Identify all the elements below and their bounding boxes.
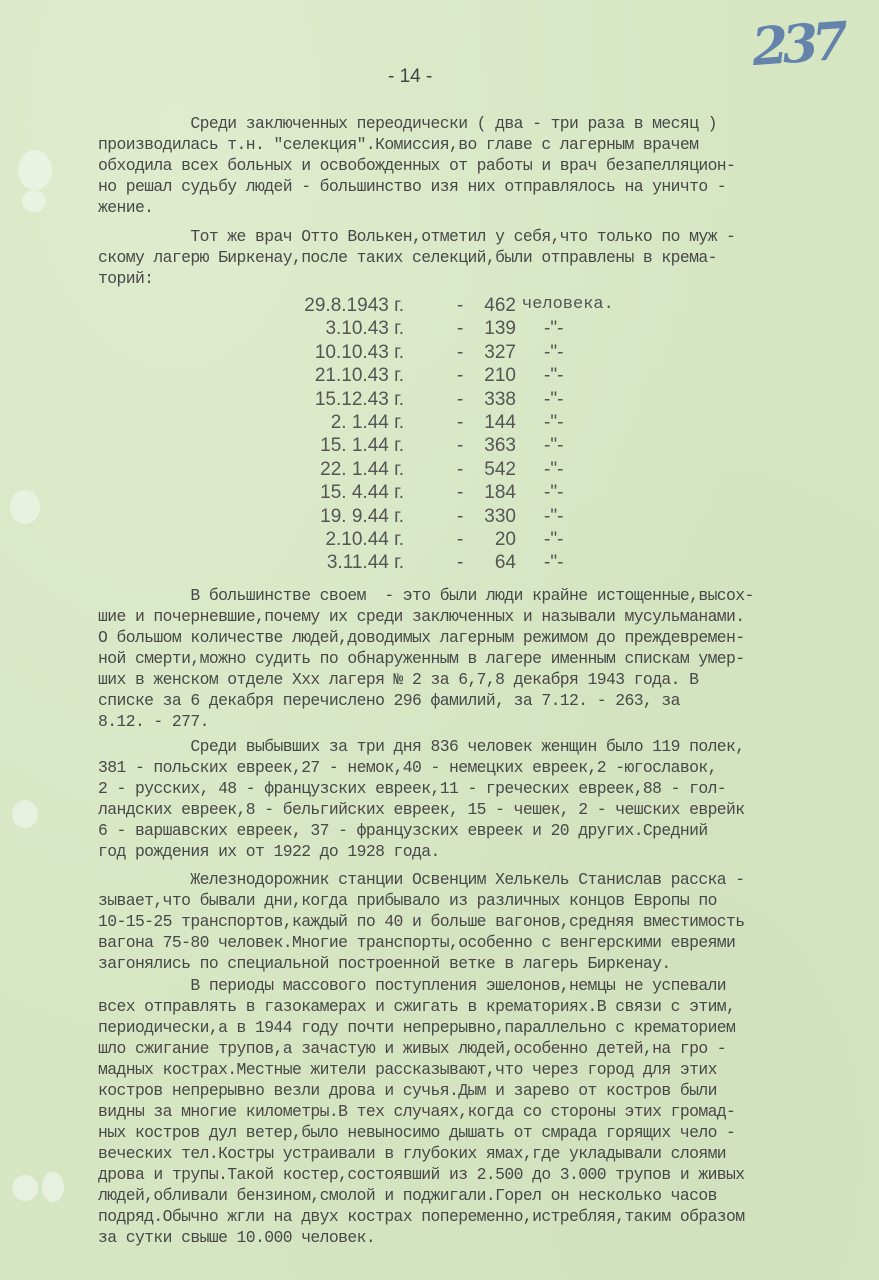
paper-stain (42, 1172, 64, 1202)
list-date: 2. 1.44 г. (282, 412, 404, 434)
list-ditto: -"- (544, 435, 563, 457)
list-dash: - (457, 529, 463, 551)
paper-stain (12, 1175, 38, 1201)
list-ditto: -"- (544, 318, 563, 340)
list-ditto: -"- (544, 529, 563, 551)
list-ditto: -"- (544, 389, 563, 411)
list-ditto: -"- (544, 552, 563, 574)
list-count: 139 (472, 318, 516, 340)
list-count: 363 (472, 435, 516, 457)
list-count: 462 (472, 295, 516, 317)
list-dash: - (457, 295, 463, 317)
list-count: 338 (472, 389, 516, 411)
paragraph-railway-testimony: Железнодорожник станции Освенцим Хелькел… (98, 869, 879, 974)
list-dash: - (457, 459, 463, 481)
list-date: 3.11.44 г. (282, 552, 404, 574)
list-count: 64 (472, 552, 516, 574)
list-dash: - (457, 365, 463, 387)
paragraph-selection: Среди заключенных переодически ( два - т… (98, 113, 879, 218)
handwritten-folio-number: 237 (750, 11, 845, 78)
list-count: 144 (472, 412, 516, 434)
list-date: 15.12.43 г. (282, 389, 404, 411)
list-date: 10.10.43 г. (282, 342, 404, 364)
list-ditto: -"- (544, 342, 563, 364)
paper-stain (12, 800, 38, 828)
paper-stain (10, 490, 40, 524)
list-unit: человека. (522, 295, 614, 314)
paper-stain (18, 150, 52, 190)
paper-stain (22, 190, 46, 212)
list-date: 2.10.44 г. (282, 529, 404, 551)
list-count: 210 (472, 365, 516, 387)
list-dash: - (457, 412, 463, 434)
list-count: 184 (472, 482, 516, 504)
list-date: 15. 4.44 г. (282, 482, 404, 504)
list-dash: - (457, 342, 463, 364)
list-date: 22. 1.44 г. (282, 459, 404, 481)
list-date: 15. 1.44 г. (282, 435, 404, 457)
document-page: 237 - 14 - Среди заключенных переодическ… (0, 0, 879, 1280)
list-ditto: -"- (544, 482, 563, 504)
list-date: 29.8.1943 г. (282, 295, 404, 317)
list-ditto: -"- (544, 506, 563, 528)
page-number: - 14 - (388, 66, 432, 88)
list-count: 330 (472, 506, 516, 528)
paragraph-pyres: В периоды массового поступления эшелонов… (98, 975, 879, 1248)
list-dash: - (457, 435, 463, 457)
list-date: 19. 9.44 г. (282, 506, 404, 528)
paragraph-volken-intro: Тот же врач Отто Волькен,отметил у себя,… (98, 226, 879, 289)
list-date: 21.10.43 г. (282, 365, 404, 387)
list-count: 542 (472, 459, 516, 481)
list-count: 327 (472, 342, 516, 364)
list-dash: - (457, 552, 463, 574)
list-ditto: -"- (544, 365, 563, 387)
list-dash: - (457, 318, 463, 340)
list-ditto: -"- (544, 459, 563, 481)
paragraph-death-lists: В большинстве своем - это были люди край… (98, 585, 879, 732)
list-dash: - (457, 482, 463, 504)
list-dash: - (457, 389, 463, 411)
list-dash: - (457, 506, 463, 528)
list-ditto: -"- (544, 412, 563, 434)
list-count: 20 (472, 529, 516, 551)
list-date: 3.10.43 г. (282, 318, 404, 340)
paragraph-nationalities: Среди выбывших за три дня 836 человек же… (98, 736, 879, 862)
